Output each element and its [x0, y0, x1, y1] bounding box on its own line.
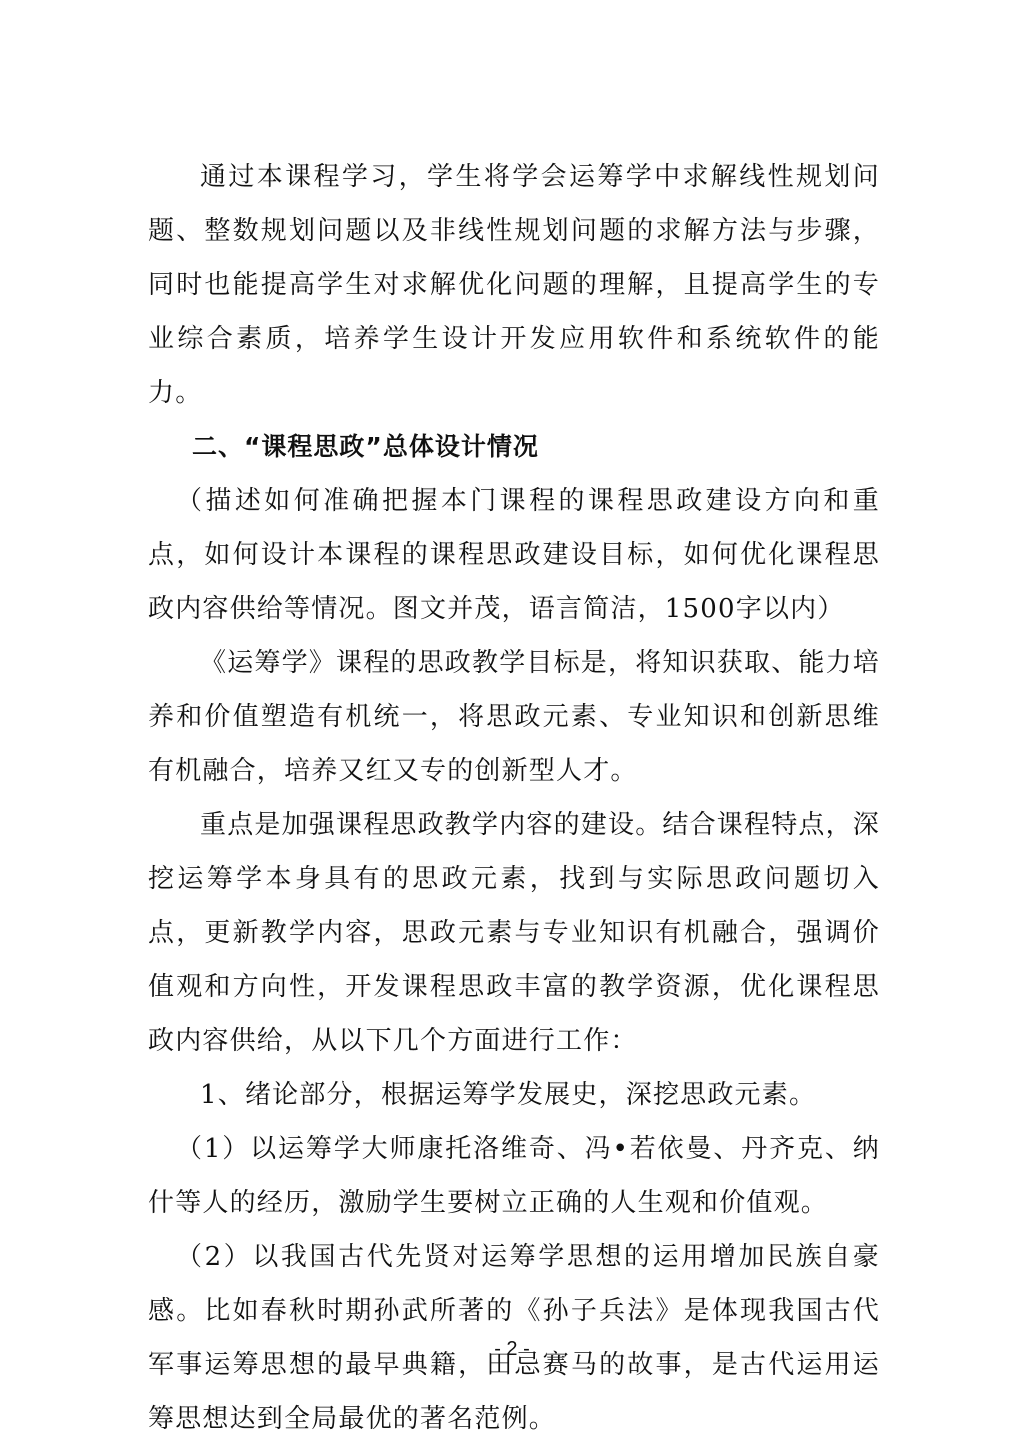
paragraph-key-focus: 重点是加强课程思政教学内容的建设。结合课程特点，深挖运筹学本身具有的思政元素，找… — [148, 798, 880, 1068]
paragraph-course-learning-outcomes: 通过本课程学习，学生将学会运筹学中求解线性规划问题、整数规划问题以及非线性规划问… — [148, 150, 880, 420]
paragraph-teaching-goal: 《运筹学》课程的思政教学目标是，将知识获取、能力培养和价值塑造有机统一，将思政元… — [148, 636, 880, 798]
paragraph-subitem-1-masters: （1）以运筹学大师康托洛维奇、冯•若依曼、丹齐克、纳什等人的经历，激励学生要树立… — [148, 1122, 880, 1230]
document-page: 通过本课程学习，学生将学会运筹学中求解线性规划问题、整数规划问题以及非线性规划问… — [148, 150, 880, 1446]
paragraph-instruction-note: （描述如何准确把握本门课程的课程思政建设方向和重点，如何设计本课程的课程思政建设… — [148, 474, 880, 636]
paragraph-item-1-introduction: 1、绪论部分，根据运筹学发展史，深挖思政元素。 — [148, 1068, 880, 1122]
section-heading-ideological-design: 二、“课程思政”总体设计情况 — [148, 420, 880, 474]
page-number: - 2 - — [0, 1338, 1024, 1361]
